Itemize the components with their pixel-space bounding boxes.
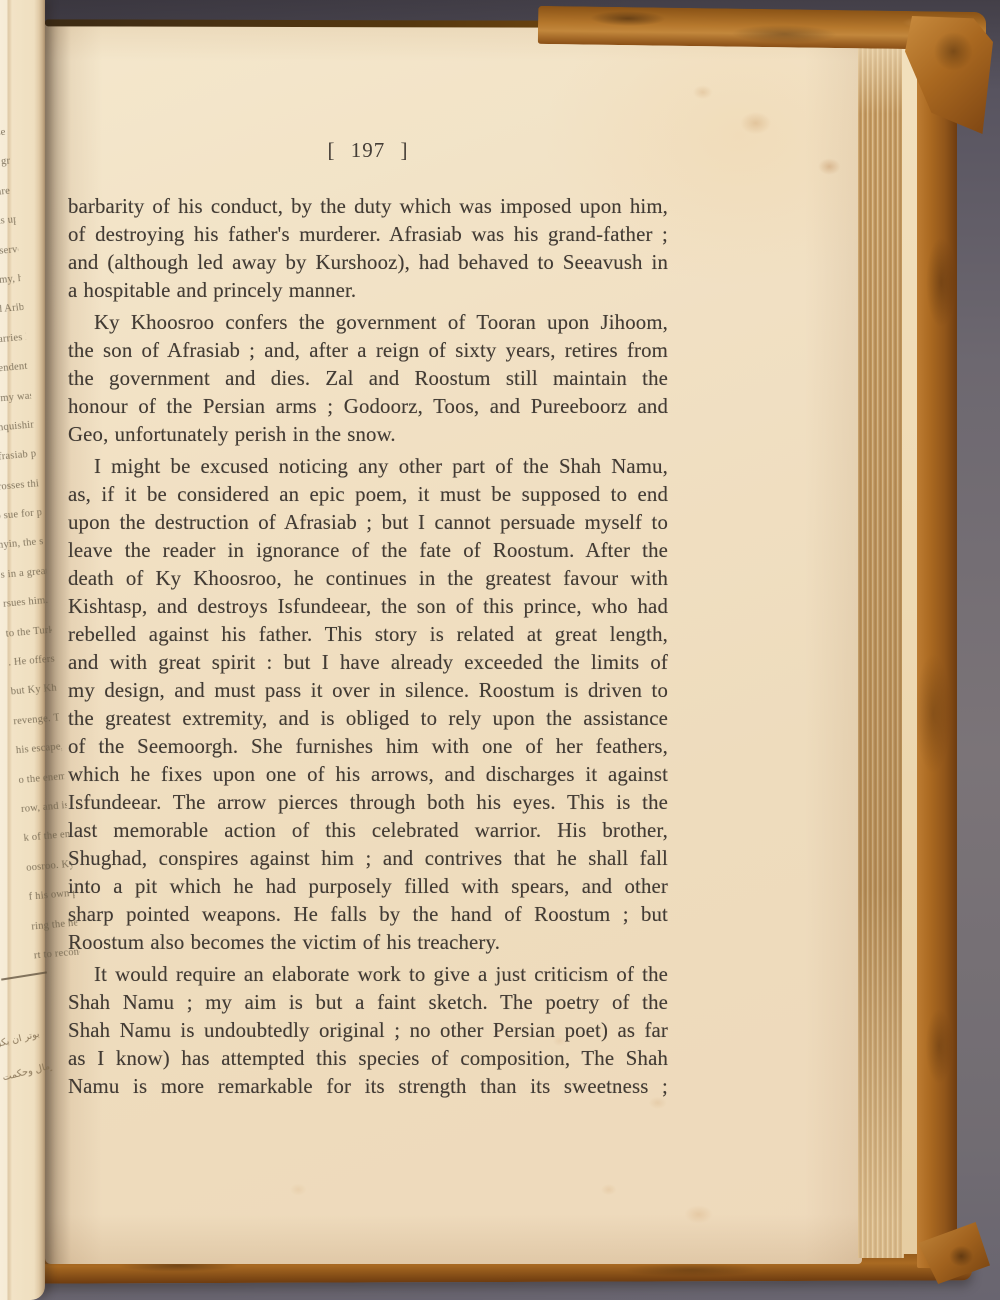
- text-line: I might be excused noticing any other pa…: [68, 453, 668, 481]
- facing-page-text-fragment: t of any grea: [0, 147, 12, 180]
- text-line: honour of the Persian arms ; Godoorz, To…: [68, 393, 668, 421]
- fore-edge-pages: [858, 28, 904, 1258]
- text-line: Isfundeear. The arrow pierces through bo…: [68, 789, 668, 817]
- facing-page-text-fragment: crosses this riv: [0, 469, 40, 502]
- facing-page-text-fragment: oosroo. Ky Kh: [25, 850, 73, 883]
- text-line: Shah Namu ; my aim is but a faint sketch…: [68, 989, 668, 1017]
- text-line: Ky Khoosroo confers the government of To…: [68, 309, 668, 337]
- facing-page-text-fragment: k of the enem: [22, 820, 70, 853]
- text-line: Kishtasp, and destroys Isfundeear, the s…: [68, 593, 668, 621]
- text-line: leave the reader in ignorance of the fat…: [68, 537, 668, 565]
- facing-page-text-fragment: he carries his ar: [0, 323, 27, 356]
- facing-page-text-fragment: his escape, and: [15, 732, 63, 765]
- facing-page-text-fragment: Afrasiab presen: [0, 440, 38, 473]
- text-line: and (although led away by Kurshooz), had…: [68, 249, 668, 277]
- text-line: as, if it be considered an epic poem, it…: [68, 481, 668, 509]
- facing-page-text-fragment: vanquishing a p: [0, 410, 35, 443]
- facing-page-text-fragment: enemy was near: [0, 381, 32, 414]
- paragraph: Ky Khoosroo confers the government of To…: [68, 309, 668, 449]
- text-line: Geo, unfortunately perish in the snow.: [68, 421, 668, 449]
- facing-page-edge: o suppose Ky Kt of any greae they are sa…: [0, 0, 45, 1300]
- facing-page-text-fragment: row, and is oblig: [20, 791, 68, 824]
- text-line: of the Seemoorgh. She furnishes him with…: [68, 733, 668, 761]
- text-line: a hospitable and princely manner.: [68, 277, 668, 305]
- leather-cover-edge-right: [917, 36, 957, 1268]
- text-line: It would require an elaborate work to gi…: [68, 961, 668, 989]
- facing-page-text-fragment: o sue for peace: [0, 498, 43, 531]
- text-line: as I know) has attempted this species of…: [68, 1045, 668, 1073]
- text-line: sharp pointed weapons. He falls by the h…: [68, 901, 668, 929]
- facing-page-text-fragment: remarks upon th: [0, 205, 17, 238]
- text-line: into a pit which he had purposely filled…: [68, 873, 668, 901]
- text-line: death of Ky Khoosroo, he continues in th…: [68, 565, 668, 593]
- text-line: which he fixes upon one of his arrows, a…: [68, 761, 668, 789]
- facing-page-footnote-rule: [1, 971, 47, 980]
- facing-page-text-fragment: . He offers to pr: [7, 645, 55, 678]
- facing-page-text-fragment: o the enemy's c: [17, 762, 65, 795]
- facing-page-text-fragment: r, and Aribel's: [0, 293, 25, 326]
- facing-page-text-fragment: to the Turks; a: [4, 615, 52, 648]
- text-line: rebelled against his father. This story …: [68, 621, 668, 649]
- text-line: the son of Afrasiab ; and, after a reign…: [68, 337, 668, 365]
- paragraph: It would require an elaborate work to gi…: [68, 961, 668, 1101]
- facing-page-text-fragment: s in a great ba: [0, 557, 48, 590]
- facing-page-text-fragment: ow observe, tha: [0, 235, 20, 268]
- photo-background: o suppose Ky Kt of any greae they are sa…: [0, 0, 1000, 1300]
- page-number: [ 197 ]: [68, 138, 668, 163]
- text-column: barbarity of his conduct, by the duty wh…: [68, 193, 668, 1101]
- facing-page-text-fragment: rsues him. Arr: [2, 586, 50, 619]
- facing-page-text-fragment: hyin, the son of: [0, 528, 45, 561]
- page-top-edge-line: [45, 19, 570, 27]
- facing-page-text-fragment: e they are said: [0, 176, 14, 209]
- facing-page-text-fragment: but Ky Khoosr: [10, 674, 58, 707]
- text-line: my design, and must pass it over in sile…: [68, 677, 668, 705]
- paragraph: I might be excused noticing any other pa…: [68, 453, 668, 957]
- text-line: the government and dies. Zal and Roostum…: [68, 365, 668, 393]
- text-line: Namu is more remarkable for its strength…: [68, 1073, 668, 1101]
- text-line: the greatest extremity, and is obliged t…: [68, 705, 668, 733]
- text-line: barbarity of his conduct, by the duty wh…: [68, 193, 668, 221]
- facing-page-text-fragment: dependent Tarta: [0, 352, 30, 385]
- text-line: Roostum also becomes the victim of his t…: [68, 929, 668, 957]
- text-line: last memorable action of this celebrated…: [68, 817, 668, 845]
- text-line: Shughad, conspires against him ; and con…: [68, 845, 668, 873]
- text-line: Shah Namu is undoubtedly original ; no o…: [68, 1017, 668, 1045]
- text-line: and with great spirit : but I have alrea…: [68, 649, 668, 677]
- facing-page-text-fragment: his army, his fam: [0, 264, 22, 297]
- text-line: upon the destruction of Afrasiab ; but I…: [68, 509, 668, 537]
- text-line: of destroying his father's murderer. Afr…: [68, 221, 668, 249]
- facing-page-text-fragment: revenge. The i: [12, 703, 60, 736]
- paragraph: barbarity of his conduct, by the duty wh…: [68, 193, 668, 305]
- facing-page-text-fragment: o suppose Ky K: [0, 118, 9, 151]
